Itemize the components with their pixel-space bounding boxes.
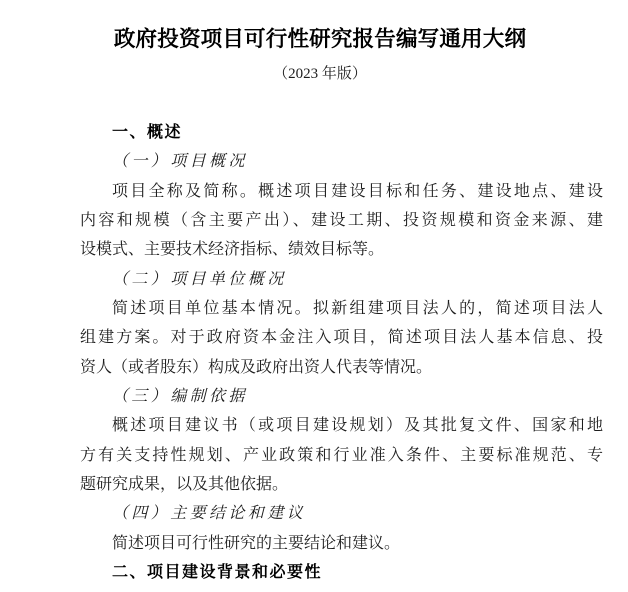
heading-section-1: 一、概述: [80, 118, 603, 147]
subheading-main-conclusions: （四）主要结论和建议: [80, 499, 603, 528]
document-subtitle: （2023 年版）: [12, 63, 628, 85]
paragraph-line: 概述项目建议书（或项目建设规划）及其批复文件、国家和地: [80, 411, 603, 440]
paragraph-line: 设模式、主要技术经济指标、绩效目标等。: [80, 235, 603, 264]
paragraph-line: 简述项目单位基本情况。拟新组建项目法人的，简述项目法人: [80, 294, 603, 323]
paragraph-line: 组建方案。对于政府资本金注入项目，简述项目法人基本信息、投: [80, 323, 603, 352]
heading-section-2: 二、项目建设背景和必要性: [80, 558, 603, 587]
paragraph-line: 简述项目可行性研究的主要结论和建议。: [80, 529, 603, 558]
document-page: 政府投资项目可行性研究报告编写通用大纲 （2023 年版） 一、概述 （一）项目…: [0, 0, 628, 592]
paragraph-line: 资人（或者股东）构成及政府出资人代表等情况。: [80, 353, 603, 382]
subheading-project-overview: （一）项目概况: [80, 147, 603, 176]
document-title: 政府投资项目可行性研究报告编写通用大纲: [12, 24, 628, 54]
subheading-project-unit-overview: （二）项目单位概况: [80, 265, 603, 294]
subheading-compilation-basis: （三）编制依据: [80, 382, 603, 411]
paragraph-line: 内容和规模（含主要产出）、建设工期、投资规模和资金来源、建: [80, 206, 603, 235]
paragraph-line: 方有关支持性规划、产业政策和行业准入条件、主要标准规范、专: [80, 441, 603, 470]
document-body: 一、概述 （一）项目概况 项目全称及简称。概述项目建设目标和任务、建设地点、建设…: [80, 118, 603, 588]
paragraph-line: 题研究成果，以及其他依据。: [80, 470, 603, 499]
document-header: 政府投资项目可行性研究报告编写通用大纲 （2023 年版）: [0, 0, 628, 85]
paragraph-line: 项目全称及简称。概述项目建设目标和任务、建设地点、建设: [80, 177, 603, 206]
